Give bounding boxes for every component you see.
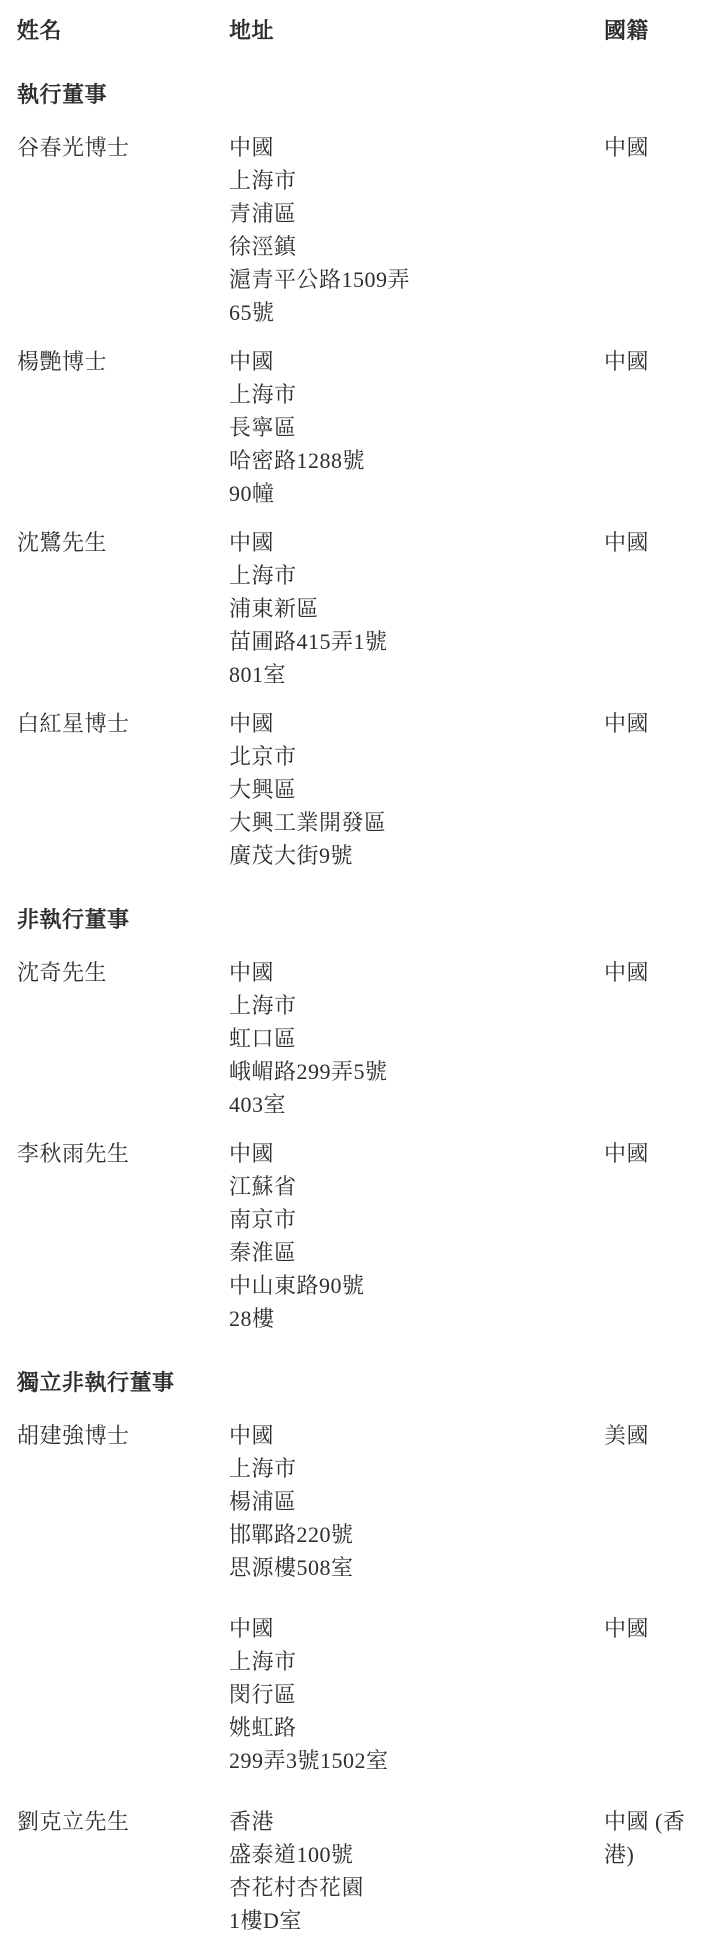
column-header-nationality: 國籍 [604, 14, 712, 47]
director-name: 胡建強博士 [17, 1419, 229, 1452]
director-nationality: 中國 [604, 131, 712, 164]
address-line: 28樓 [229, 1302, 604, 1335]
column-header-name: 姓名 [17, 14, 229, 47]
address-line: 邯鄲路220號 [229, 1518, 604, 1551]
section-entries: 胡建強博士 中國上海市楊浦區邯鄲路220號思源樓508室 美國 中國上海市閔行區… [17, 1419, 712, 1937]
director-address: 中國北京市大興區大興工業開發區廣茂大街9號 [229, 707, 604, 872]
address-line: 浦東新區 [229, 592, 604, 625]
address-line: 上海市 [229, 378, 604, 411]
director-address: 中國上海市楊浦區邯鄲路220號思源樓508室 [229, 1419, 604, 1584]
director-name: 楊艷博士 [17, 345, 229, 378]
director-name: 沈鷺先生 [17, 526, 229, 559]
address-line: 大興工業開發區 [229, 806, 604, 839]
address-line: 楊浦區 [229, 1485, 604, 1518]
director-section: 非執行董事 沈奇先生 中國上海市虹口區峨嵋路299弄5號403室 中國 李秋雨先… [17, 903, 712, 1335]
address-line: 長寧區 [229, 411, 604, 444]
address-line: 南京市 [229, 1203, 604, 1236]
address-line: 哈密路1288號 [229, 444, 604, 477]
director-name: 白紅星博士 [17, 707, 229, 740]
director-nationality: 中國 [604, 345, 712, 378]
address-line: 北京市 [229, 740, 604, 773]
address-line: 秦淮區 [229, 1236, 604, 1269]
address-line: 中國 [229, 1137, 604, 1170]
director-section: 執行董事 谷春光博士 中國上海市青浦區徐涇鎮滬青平公路1509弄65號 中國 楊… [17, 78, 712, 872]
address-line: 上海市 [229, 559, 604, 592]
address-line: 盛泰道100號 [229, 1838, 604, 1871]
sections-root: 執行董事 谷春光博士 中國上海市青浦區徐涇鎮滬青平公路1509弄65號 中國 楊… [17, 78, 712, 1937]
director-row: 白紅星博士 中國北京市大興區大興工業開發區廣茂大街9號 中國 [17, 707, 712, 872]
table-header-row: 姓名 地址 國籍 [17, 14, 712, 47]
director-address: 中國上海市浦東新區苗圃路415弄1號801室 [229, 526, 604, 691]
director-nationality: 中國 (香港) [604, 1805, 712, 1871]
director-section: 獨立非執行董事 胡建強博士 中國上海市楊浦區邯鄲路220號思源樓508室 美國 … [17, 1366, 712, 1937]
address-line: 中國 [229, 1419, 604, 1452]
director-address: 中國上海市虹口區峨嵋路299弄5號403室 [229, 956, 604, 1121]
address-line: 65號 [229, 296, 604, 329]
director-nationality: 中國 [604, 1137, 712, 1170]
director-name: 沈奇先生 [17, 956, 229, 989]
director-name: 李秋雨先生 [17, 1137, 229, 1170]
director-nationality: 美國 [604, 1419, 712, 1452]
address-line: 299弄3號1502室 [229, 1744, 604, 1777]
address-line: 801室 [229, 658, 604, 691]
director-address: 中國上海市長寧區哈密路1288號90幢 [229, 345, 604, 510]
address-line: 虹口區 [229, 1022, 604, 1055]
address-line: 峨嵋路299弄5號 [229, 1055, 604, 1088]
director-nationality: 中國 [604, 1612, 712, 1645]
address-line: 403室 [229, 1088, 604, 1121]
address-line: 中山東路90號 [229, 1269, 604, 1302]
column-header-address: 地址 [229, 14, 604, 47]
address-line: 中國 [229, 526, 604, 559]
address-line: 中國 [229, 345, 604, 378]
directors-page: 姓名 地址 國籍 執行董事 谷春光博士 中國上海市青浦區徐涇鎮滬青平公路1509… [0, 0, 720, 1937]
director-row: 胡建強博士 中國上海市楊浦區邯鄲路220號思源樓508室 美國 [17, 1419, 712, 1584]
address-line: 杏花村杏花園 [229, 1871, 604, 1904]
address-line: 大興區 [229, 773, 604, 806]
address-line: 1樓D室 [229, 1904, 604, 1937]
address-line: 中國 [229, 1612, 604, 1645]
director-nationality: 中國 [604, 707, 712, 740]
director-row: 中國上海市閔行區姚虹路299弄3號1502室 中國 [17, 1612, 712, 1777]
director-row: 李秋雨先生 中國江蘇省南京市秦淮區中山東路90號28樓 中國 [17, 1137, 712, 1335]
address-line: 中國 [229, 707, 604, 740]
address-line: 江蘇省 [229, 1170, 604, 1203]
director-row: 楊艷博士 中國上海市長寧區哈密路1288號90幢 中國 [17, 345, 712, 510]
address-line: 中國 [229, 956, 604, 989]
director-name: 劉克立先生 [17, 1805, 229, 1838]
director-address: 香港盛泰道100號杏花村杏花園1樓D室 [229, 1805, 604, 1937]
director-address: 中國上海市青浦區徐涇鎮滬青平公路1509弄65號 [229, 131, 604, 329]
director-row: 沈奇先生 中國上海市虹口區峨嵋路299弄5號403室 中國 [17, 956, 712, 1121]
director-row: 劉克立先生 香港盛泰道100號杏花村杏花園1樓D室 中國 (香港) [17, 1805, 712, 1937]
section-heading: 非執行董事 [17, 903, 712, 936]
director-nationality: 中國 [604, 956, 712, 989]
address-line: 香港 [229, 1805, 604, 1838]
address-line: 上海市 [229, 1452, 604, 1485]
section-entries: 谷春光博士 中國上海市青浦區徐涇鎮滬青平公路1509弄65號 中國 楊艷博士 中… [17, 131, 712, 872]
director-address: 中國江蘇省南京市秦淮區中山東路90號28樓 [229, 1137, 604, 1335]
director-row: 谷春光博士 中國上海市青浦區徐涇鎮滬青平公路1509弄65號 中國 [17, 131, 712, 329]
address-line: 青浦區 [229, 197, 604, 230]
address-line: 中國 [229, 131, 604, 164]
address-line: 上海市 [229, 989, 604, 1022]
address-line: 思源樓508室 [229, 1551, 604, 1584]
director-nationality: 中國 [604, 526, 712, 559]
address-line: 廣茂大街9號 [229, 839, 604, 872]
director-address: 中國上海市閔行區姚虹路299弄3號1502室 [229, 1612, 604, 1777]
address-line: 上海市 [229, 164, 604, 197]
address-line: 閔行區 [229, 1678, 604, 1711]
section-heading: 獨立非執行董事 [17, 1366, 712, 1399]
director-name: 谷春光博士 [17, 131, 229, 164]
address-line: 上海市 [229, 1645, 604, 1678]
section-entries: 沈奇先生 中國上海市虹口區峨嵋路299弄5號403室 中國 李秋雨先生 中國江蘇… [17, 956, 712, 1335]
address-line: 姚虹路 [229, 1711, 604, 1744]
section-heading: 執行董事 [17, 78, 712, 111]
address-line: 90幢 [229, 477, 604, 510]
address-line: 滬青平公路1509弄 [229, 263, 604, 296]
address-line: 苗圃路415弄1號 [229, 625, 604, 658]
address-line: 徐涇鎮 [229, 230, 604, 263]
director-row: 沈鷺先生 中國上海市浦東新區苗圃路415弄1號801室 中國 [17, 526, 712, 691]
